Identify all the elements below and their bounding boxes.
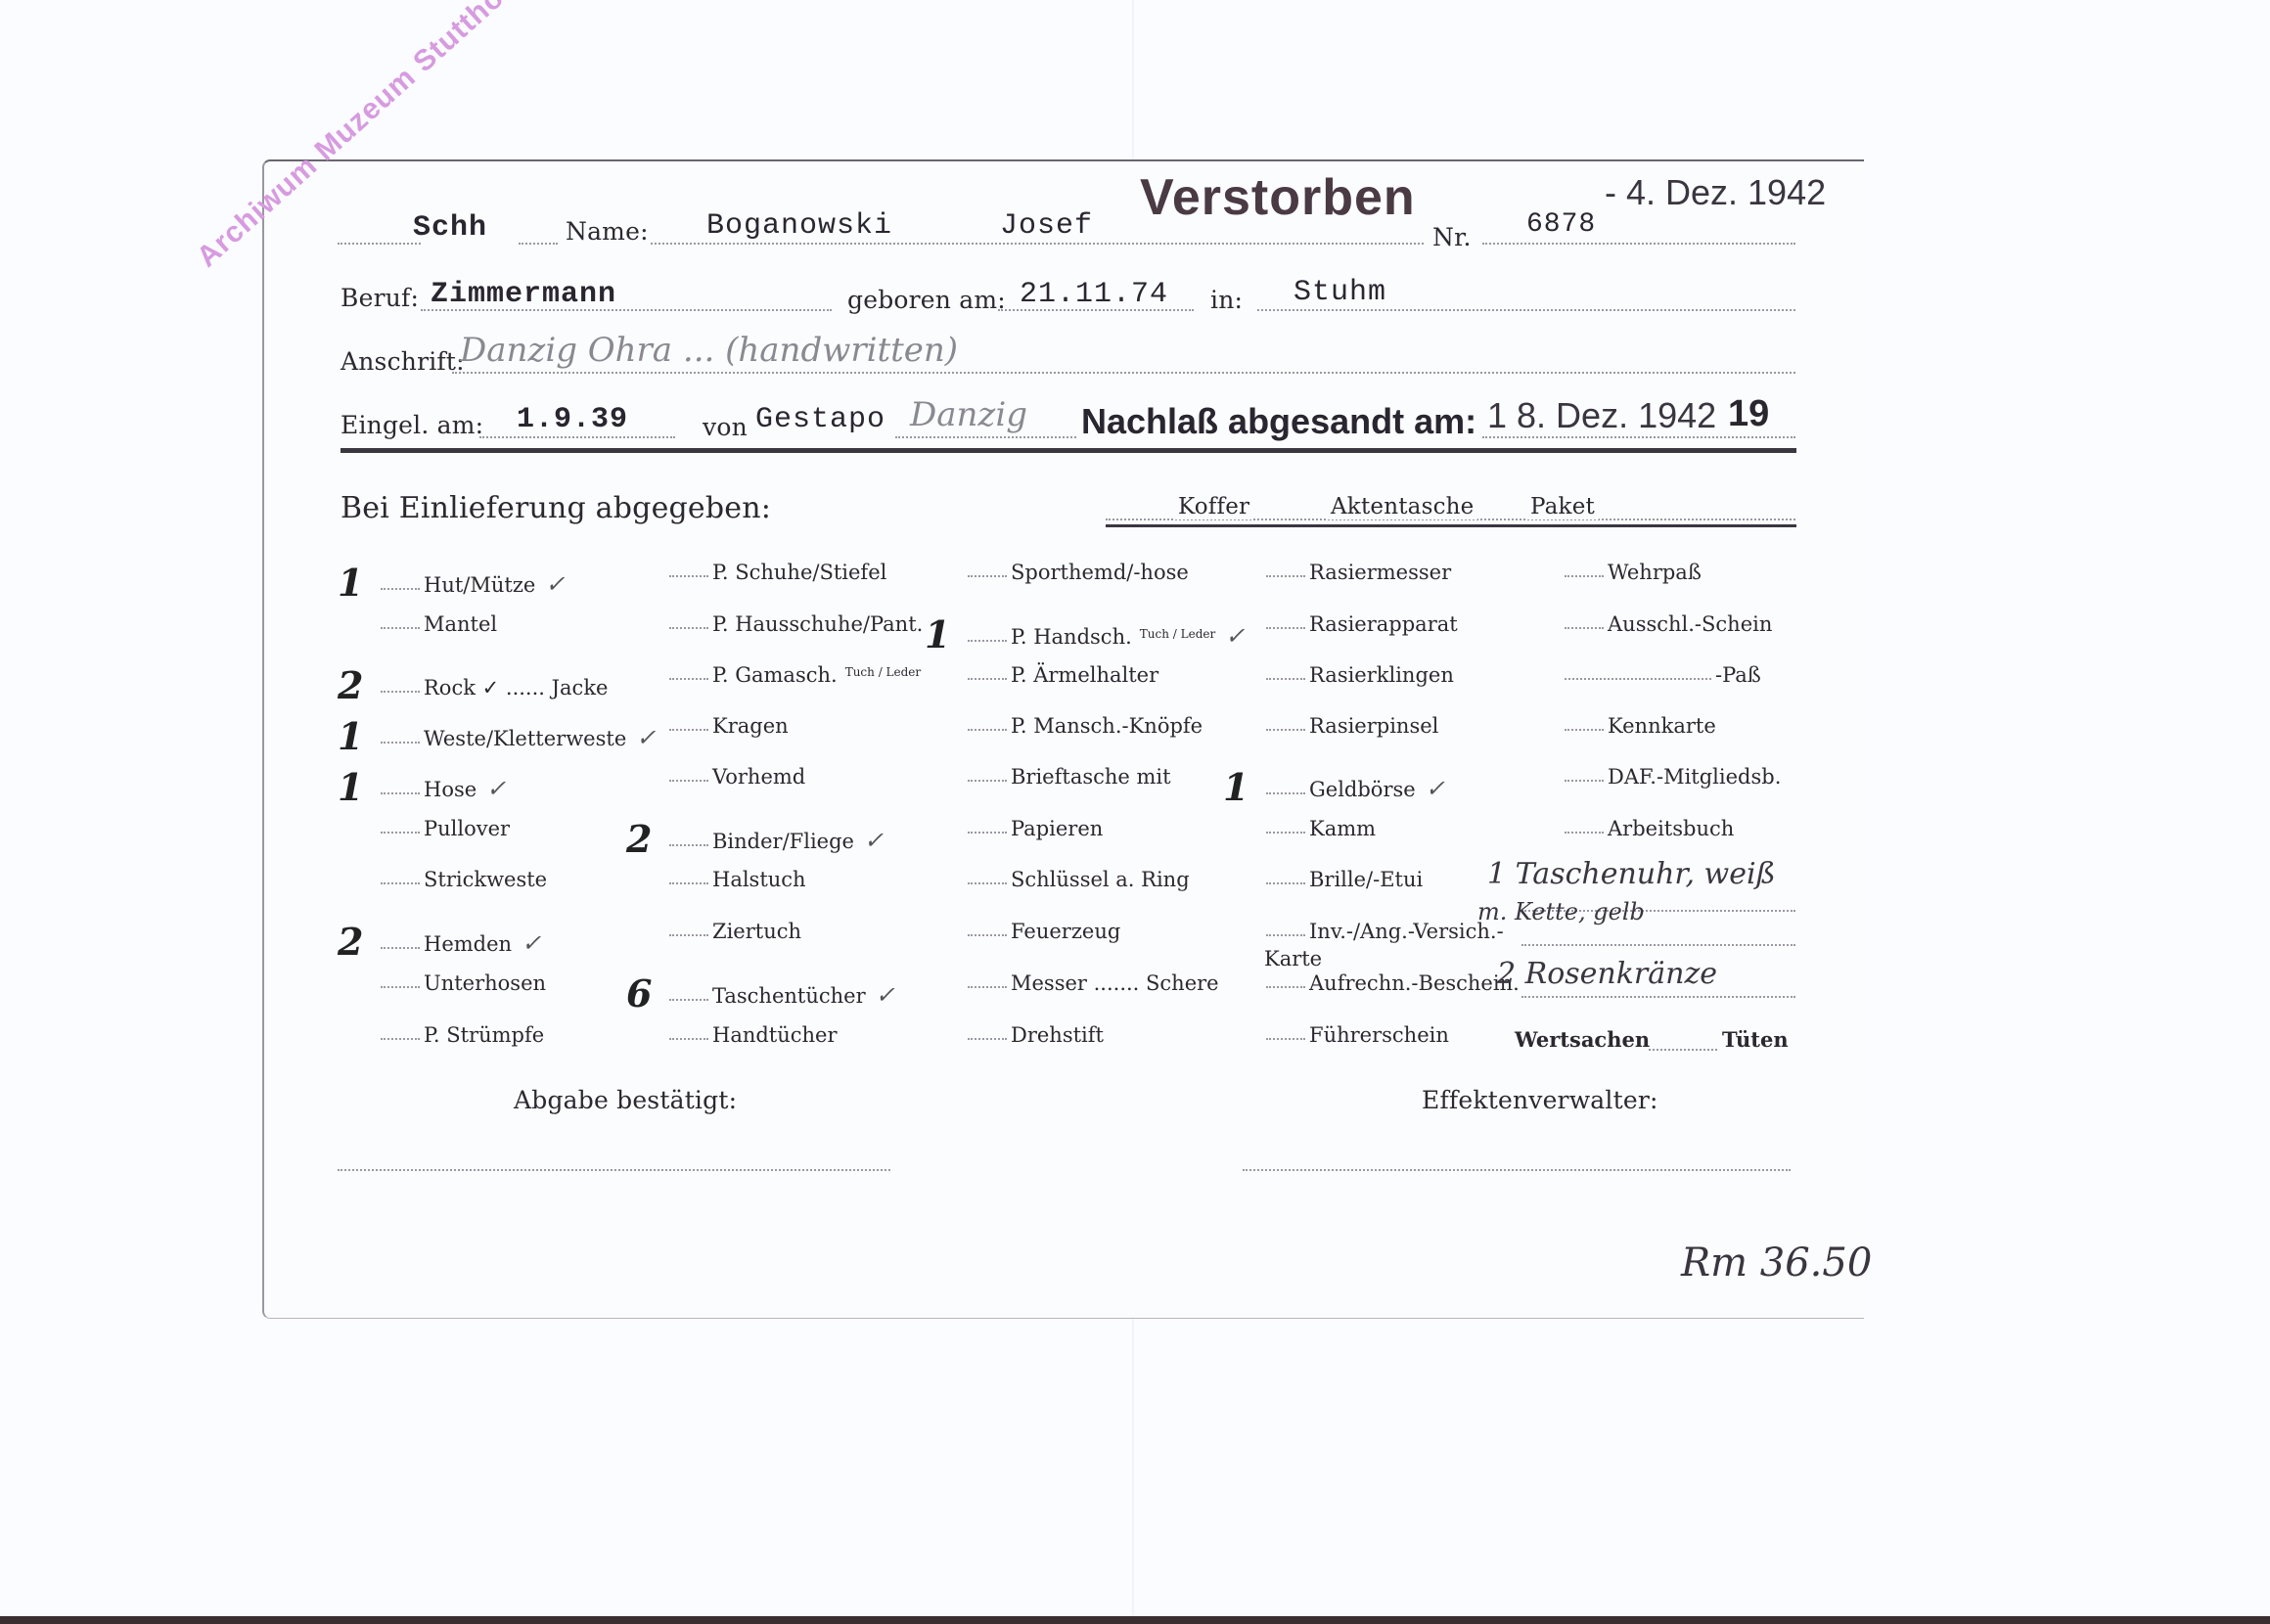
dotted-line xyxy=(452,372,1795,374)
item-entry: P. Ärmelhalter xyxy=(925,663,1158,687)
admitted-date: 1.9.39 xyxy=(517,403,628,436)
dotted-line xyxy=(381,691,420,693)
item-quantity: 2 xyxy=(626,817,669,861)
item-label: Kennkarte xyxy=(1608,714,1716,738)
dotted-line xyxy=(669,780,708,782)
item-label: Hose xyxy=(424,778,477,801)
item-quantity: 1 xyxy=(338,765,381,809)
item-entry: P. Mansch.-Knöpfe xyxy=(925,714,1203,738)
bags-label: Tüten xyxy=(1722,1027,1789,1052)
dotted-line xyxy=(1266,627,1305,629)
item-label: Handtücher xyxy=(712,1023,838,1047)
confirmed-signature-line xyxy=(338,1169,890,1171)
dotted-line xyxy=(519,243,558,245)
item-label: P. Mansch.-Knöpfe xyxy=(1011,714,1203,738)
item-label: Halstuch xyxy=(712,868,806,891)
checkmark-icon: ✓ xyxy=(522,929,541,957)
checkmark-icon: ✓ xyxy=(1426,775,1445,802)
item-label: DAF.-Mitgliedsb. xyxy=(1608,765,1781,789)
dotted-line xyxy=(1482,243,1795,245)
item-label: P. Gamasch. xyxy=(712,663,838,687)
item-entry: Rasierapparat xyxy=(1223,612,1458,636)
item-entry: Halstuch xyxy=(626,868,806,891)
item-entry: DAF.-Mitgliedsb. xyxy=(1521,765,1781,789)
dotted-line xyxy=(1565,729,1604,731)
confirmed-label: Abgabe bestätigt: xyxy=(514,1086,737,1114)
name-label: Name: xyxy=(566,217,649,246)
item-quantity: 1 xyxy=(1223,765,1266,809)
item-material-note: Tuch / Leder xyxy=(1140,628,1215,640)
item-label: Rasiermesser xyxy=(1309,561,1451,584)
item-entry: Pullover xyxy=(338,817,510,840)
item-label: Mantel xyxy=(424,612,497,636)
item-quantity: 1 xyxy=(338,714,381,758)
item-entry: P. Gamasch.Tuch / Leder xyxy=(626,663,921,687)
container-aktentasche: Aktentasche xyxy=(1327,494,1477,519)
dotted-line xyxy=(651,243,1424,245)
item-entry: 1P. Handsch.Tuch / Leder✓ xyxy=(925,612,1245,656)
dotted-line xyxy=(381,947,420,949)
dotted-line xyxy=(381,882,420,884)
dotted-line xyxy=(669,627,708,629)
item-entry: Strickweste xyxy=(338,868,547,891)
container-rule xyxy=(1106,524,1796,527)
estate-label: Nachlaß abgesandt am: xyxy=(1081,401,1476,442)
item-entry: Arbeitsbuch xyxy=(1521,817,1734,840)
dotted-line xyxy=(381,832,420,834)
item-label: Taschentücher xyxy=(712,984,866,1008)
checkmark-icon: ✓ xyxy=(864,827,884,854)
from-handwritten: Danzig xyxy=(910,395,1027,434)
scanner-edge xyxy=(0,1616,2270,1624)
dotted-line xyxy=(968,729,1007,731)
dotted-line xyxy=(968,934,1007,936)
first-name-value: Josef xyxy=(1000,209,1093,243)
item-entry: -Paß xyxy=(1521,663,1761,687)
item-entry: Handtücher xyxy=(626,1023,838,1047)
item-entry: 2Rock ✓ ...... Jacke xyxy=(338,663,608,707)
dotted-line xyxy=(1266,575,1305,577)
checkmark-icon: ✓ xyxy=(876,981,895,1009)
address-handwritten: Danzig Ohra ... (handwritten) xyxy=(460,331,958,370)
dotted-line xyxy=(479,436,675,438)
dotted-line xyxy=(669,844,708,846)
item-entry: 1Weste/Kletterweste✓ xyxy=(338,714,656,758)
item-label: P. Schuhe/Stiefel xyxy=(712,561,886,584)
item-label: Vorhemd xyxy=(712,765,805,789)
item-entry: Führerschein xyxy=(1223,1023,1449,1047)
item-label: Aufrechn.-Beschein. xyxy=(1309,971,1520,995)
item-label: P. Strümpfe xyxy=(424,1023,544,1047)
item-entry: 6Taschentücher✓ xyxy=(626,971,895,1015)
dotted-line xyxy=(669,1038,708,1040)
dotted-line xyxy=(669,999,708,1001)
deceased-stamp-date: - 4. Dez. 1942 xyxy=(1605,172,1826,213)
dotted-line xyxy=(1565,575,1604,577)
item-label: Wehrpaß xyxy=(1608,561,1702,584)
dotted-line xyxy=(968,986,1007,988)
item-entry: P. Strümpfe xyxy=(338,1023,544,1047)
dotted-line xyxy=(895,436,1076,438)
dotted-line xyxy=(1521,944,1795,946)
item-entry: 1Hose✓ xyxy=(338,765,506,809)
dotted-line xyxy=(1565,832,1604,834)
item-label: Hemden xyxy=(424,932,512,956)
dotted-line xyxy=(381,986,420,988)
checkmark-icon: ✓ xyxy=(486,775,506,802)
prisoner-category: Schh xyxy=(413,211,487,245)
dotted-line xyxy=(1266,792,1305,794)
item-entry: 1Geldbörse✓ xyxy=(1223,765,1445,809)
dotted-line xyxy=(968,882,1007,884)
dotted-line xyxy=(1266,934,1305,936)
dotted-line xyxy=(968,575,1007,577)
item-entry: 1Hut/Mütze✓ xyxy=(338,561,565,605)
item-quantity: 2 xyxy=(338,920,381,964)
administrator-signature-line xyxy=(1243,1169,1791,1171)
from-value: Gestapo xyxy=(755,403,885,436)
item-label: P. Ärmelhalter xyxy=(1011,663,1158,687)
item-label: Feuerzeug xyxy=(1011,920,1120,943)
item-entry: Sporthemd/-hose xyxy=(925,561,1189,584)
item-entry: P. Hausschuhe/Pant. xyxy=(626,612,923,636)
item-label: Drehstift xyxy=(1011,1023,1104,1047)
occupation-value: Zimmermann xyxy=(431,278,616,311)
item-label: Hut/Mütze xyxy=(424,573,535,597)
item-quantity: 6 xyxy=(626,971,669,1015)
item-label: Brille/-Etui xyxy=(1309,868,1423,891)
item-entry: 2Binder/Fliege✓ xyxy=(626,817,884,861)
item-entry: Rasierpinsel xyxy=(1223,714,1438,738)
dotted-line xyxy=(1266,986,1305,988)
dotted-line xyxy=(381,1038,420,1040)
item-entry: Brille/-Etui xyxy=(1223,868,1423,891)
item-entry: Unterhosen xyxy=(338,971,546,995)
karte-continuation: Karte xyxy=(1264,947,1322,970)
deceased-stamp: Verstorben xyxy=(1140,168,1416,227)
item-label: Ausschl.-Schein xyxy=(1608,612,1772,636)
item-entry: Ziertuch xyxy=(626,920,801,943)
item-label: Geldbörse xyxy=(1309,778,1416,801)
valuables-label: Wertsachen xyxy=(1515,1027,1650,1052)
deposit-title: Bei Einlieferung abgegeben: xyxy=(340,491,771,525)
dotted-line xyxy=(669,882,708,884)
prisoner-number: 6878 xyxy=(1526,209,1596,240)
dotted-line xyxy=(381,627,420,629)
item-entry: Ausschl.-Schein xyxy=(1521,612,1772,636)
administrator-label: Effektenverwalter: xyxy=(1422,1086,1658,1114)
item-entry: Rasiermesser xyxy=(1223,561,1451,584)
dotted-line xyxy=(381,588,420,590)
dotted-line xyxy=(669,934,708,936)
handwritten-note-1: 1 Taschenuhr, weiß xyxy=(1487,857,1776,891)
dotted-line xyxy=(968,1038,1007,1040)
container-koffer: Koffer xyxy=(1174,494,1253,519)
birth-label: geboren am: xyxy=(847,286,1006,314)
item-label: Pullover xyxy=(424,817,510,840)
occupation-label: Beruf: xyxy=(340,284,419,312)
item-entry: Schlüssel a. Ring xyxy=(925,868,1190,891)
dotted-line xyxy=(1257,309,1795,311)
item-label: Rasierklingen xyxy=(1309,663,1454,687)
item-label: Papieren xyxy=(1011,817,1103,840)
item-label: Arbeitsbuch xyxy=(1608,817,1734,840)
dotted-line xyxy=(968,678,1007,680)
item-entry: P. Schuhe/Stiefel xyxy=(626,561,886,584)
item-quantity: 1 xyxy=(338,561,381,605)
item-label: Strickweste xyxy=(424,868,547,891)
estate-date: 1 8. Dez. 1942 xyxy=(1487,395,1716,436)
admitted-label: Eingel. am: xyxy=(340,411,483,439)
dotted-line xyxy=(1565,678,1711,680)
item-entry: Rasierklingen xyxy=(1223,663,1454,687)
item-label: Brieftasche mit xyxy=(1011,765,1171,789)
birthplace-value: Stuhm xyxy=(1294,276,1386,309)
item-entry: Aufrechn.-Beschein. xyxy=(1223,971,1520,995)
item-entry: Kennkarte xyxy=(1521,714,1716,738)
handwritten-note-2: m. Kette, gelb xyxy=(1477,898,1645,925)
item-label: Führerschein xyxy=(1309,1023,1449,1047)
dotted-line xyxy=(338,243,421,245)
dotted-line xyxy=(669,678,708,680)
item-entry: 2Hemden✓ xyxy=(338,920,541,964)
item-label: P. Hausschuhe/Pant. xyxy=(712,612,923,636)
item-entry: Feuerzeug xyxy=(925,920,1120,943)
estate-year-suffix: 19 xyxy=(1728,393,1769,435)
item-label: Messer ....... Schere xyxy=(1011,971,1219,995)
handwritten-note-3: 2 Rosenkränze xyxy=(1497,957,1717,991)
item-entry: Messer ....... Schere xyxy=(925,971,1219,995)
item-label: Inv.-/Ang.-Versich.- xyxy=(1309,920,1504,943)
dotted-line xyxy=(1266,1038,1305,1040)
dotted-line xyxy=(1521,996,1795,998)
item-label: Weste/Kletterweste xyxy=(424,727,626,750)
dotted-line xyxy=(1649,1049,1717,1051)
dotted-line xyxy=(1565,780,1604,782)
surname-value: Boganowski xyxy=(706,209,892,243)
item-label: -Paß xyxy=(1715,663,1761,687)
dotted-line xyxy=(1565,627,1604,629)
dotted-line xyxy=(968,780,1007,782)
item-label: Kragen xyxy=(712,714,789,738)
item-label: Schlüssel a. Ring xyxy=(1011,868,1190,891)
dotted-line xyxy=(1266,882,1305,884)
item-entry: Brieftasche mit xyxy=(925,765,1171,789)
dotted-line xyxy=(669,729,708,731)
item-entry: Mantel xyxy=(338,612,497,636)
dotted-line xyxy=(968,832,1007,834)
header-rule xyxy=(340,448,1796,453)
number-label: Nr. xyxy=(1432,223,1472,251)
dotted-line xyxy=(1482,436,1795,438)
item-quantity: 1 xyxy=(925,612,968,656)
item-entry: Kamm xyxy=(1223,817,1376,840)
handwritten-amount: Rm 36.50 xyxy=(1681,1241,1872,1286)
checkmark-icon: ✓ xyxy=(545,570,565,598)
item-entry: Drehstift xyxy=(925,1023,1104,1047)
item-quantity: 2 xyxy=(338,663,381,707)
item-label: P. Handsch. xyxy=(1011,625,1132,649)
item-label: Kamm xyxy=(1309,817,1376,840)
item-entry: Papieren xyxy=(925,817,1103,840)
item-entry: Inv.-/Ang.-Versich.- xyxy=(1223,920,1504,943)
address-label: Anschrift: xyxy=(340,347,465,376)
item-entry: Kragen xyxy=(626,714,789,738)
item-label: Ziertuch xyxy=(712,920,801,943)
dotted-line xyxy=(381,792,420,794)
birth-date: 21.11.74 xyxy=(1020,278,1168,311)
birthplace-label: in: xyxy=(1210,286,1243,314)
item-entry: Wehrpaß xyxy=(1521,561,1702,584)
dotted-line xyxy=(1266,729,1305,731)
dotted-line xyxy=(1266,832,1305,834)
dotted-line xyxy=(669,575,708,577)
item-label: Binder/Fliege xyxy=(712,830,854,853)
item-entry: Vorhemd xyxy=(626,765,805,789)
dotted-line xyxy=(968,640,1007,642)
item-material-note: Tuch / Leder xyxy=(845,666,921,678)
from-label: von xyxy=(703,413,748,441)
item-label: Rock ✓ ...... Jacke xyxy=(424,676,608,699)
item-label: Unterhosen xyxy=(424,971,546,995)
item-label: Sporthemd/-hose xyxy=(1011,561,1189,584)
dotted-line xyxy=(1266,678,1305,680)
item-label: Rasierpinsel xyxy=(1309,714,1438,738)
dotted-line xyxy=(381,742,420,744)
container-paket: Paket xyxy=(1526,494,1599,519)
item-label: Rasierapparat xyxy=(1309,612,1458,636)
